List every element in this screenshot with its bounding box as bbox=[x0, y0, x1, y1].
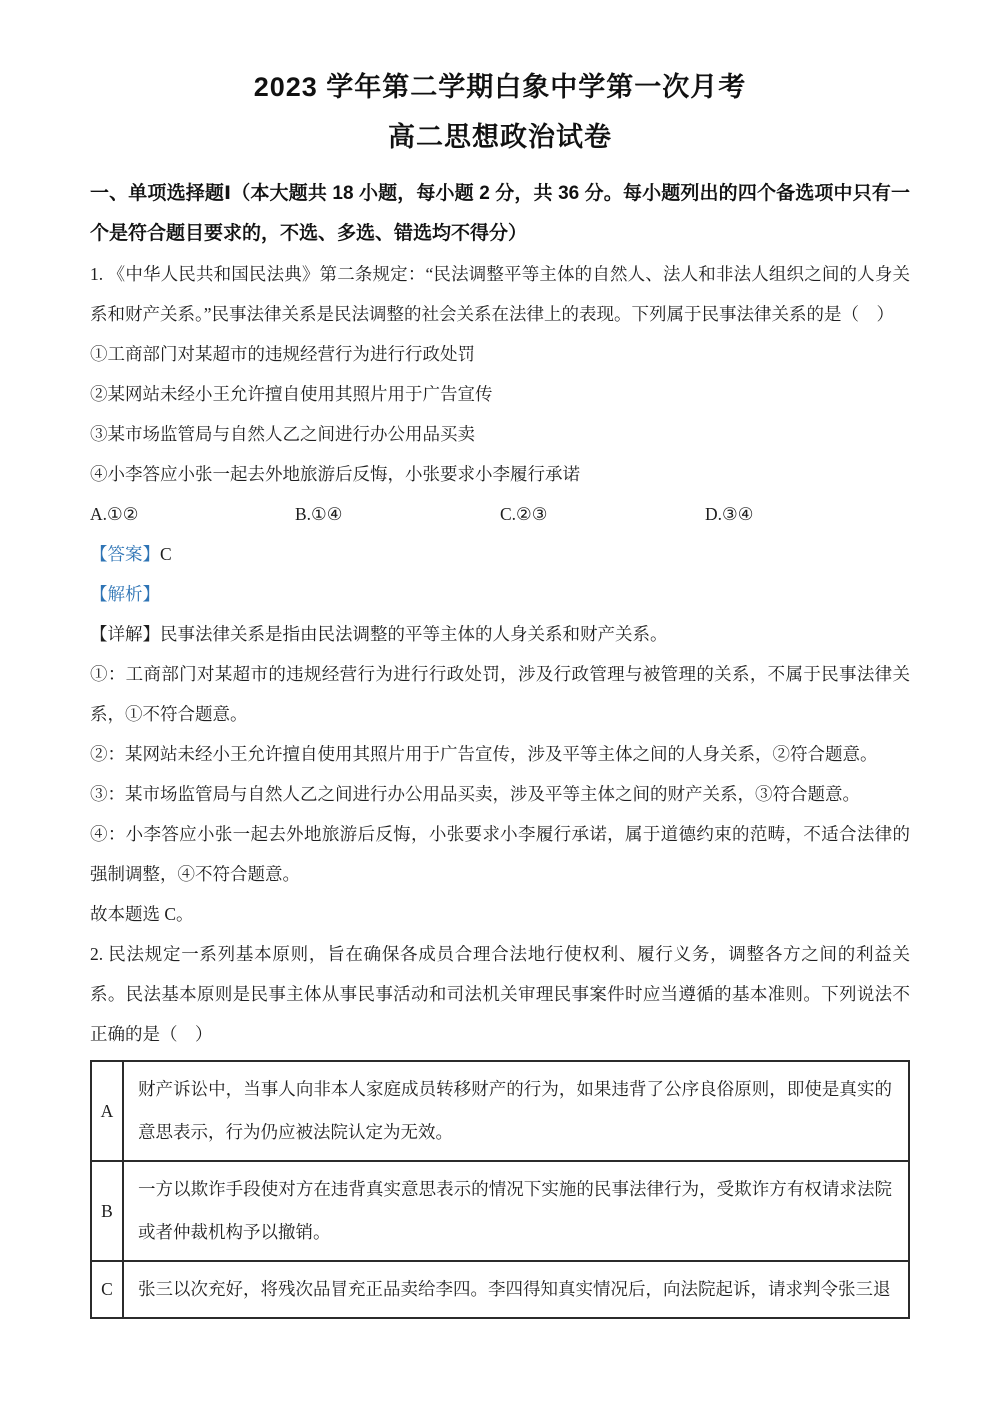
row-label-cell: A bbox=[91, 1061, 123, 1161]
exam-page: 2023 学年第二学期白象中学第一次月考 高二思想政治试卷 一、单项选择题Ⅰ（本… bbox=[0, 0, 1000, 1414]
row-label-cell: B bbox=[91, 1161, 123, 1261]
question-2-table: A 财产诉讼中，当事人向非本人家庭成员转移财产的行为，如果违背了公序良俗原则，即… bbox=[90, 1060, 910, 1319]
answer-label: 【答案】 bbox=[90, 544, 160, 564]
row-text-cell: 财产诉讼中，当事人向非本人家庭成员转移财产的行为，如果违背了公序良俗原则，即使是… bbox=[123, 1061, 909, 1161]
choice-d: D.③④ bbox=[705, 494, 910, 534]
detail-paragraph: 【详解】民事法律关系是指由民法调整的平等主体的人身关系和财产关系。 bbox=[90, 614, 910, 654]
row-label-cell: C bbox=[91, 1261, 123, 1318]
analysis-point-3: ③：某市场监管局与自然人乙之间进行办公用品买卖，涉及平等主体之间的财产关系，③符… bbox=[90, 774, 910, 814]
analysis-point-1: ①：工商部门对某超市的违规经营行为进行行政处罚，涉及行政管理与被管理的关系，不属… bbox=[90, 654, 910, 734]
table-row-b: B 一方以欺诈手段使对方在违背真实意思表示的情况下实施的民事法律行为，受欺诈方有… bbox=[91, 1161, 909, 1261]
answer-value: C bbox=[160, 544, 172, 564]
question-1-item-3: ③某市场监管局与自然人乙之间进行办公用品买卖 bbox=[90, 414, 910, 454]
analysis-line: 【解析】 bbox=[90, 574, 910, 614]
exam-subtitle: 高二思想政治试卷 bbox=[90, 112, 910, 162]
exam-title: 2023 学年第二学期白象中学第一次月考 bbox=[90, 62, 910, 112]
answer-line: 【答案】C bbox=[90, 534, 910, 574]
section-heading: 一、单项选择题Ⅰ（本大题共 18 小题，每小题 2 分，共 36 分。每小题列出… bbox=[90, 174, 910, 254]
choice-a: A.①② bbox=[90, 494, 295, 534]
question-1-item-1: ①工商部门对某超市的违规经营行为进行行政处罚 bbox=[90, 334, 910, 374]
table-row-c: C 张三以次充好，将残次品冒充正品卖给李四。李四得知真实情况后，向法院起诉，请求… bbox=[91, 1261, 909, 1318]
question-2-stem: 2. 民法规定一系列基本原则，旨在确保各成员合理合法地行使权利、履行义务，调整各… bbox=[90, 934, 910, 1054]
question-1-item-2: ②某网站未经小王允许擅自使用其照片用于广告宣传 bbox=[90, 374, 910, 414]
choice-c: C.②③ bbox=[500, 494, 705, 534]
conclusion-line: 故本题选 C。 bbox=[90, 894, 910, 934]
analysis-label: 【解析】 bbox=[90, 584, 160, 604]
question-1-stem: 1. 《中华人民共和国民法典》第二条规定：“民法调整平等主体的自然人、法人和非法… bbox=[90, 254, 910, 334]
question-1-item-4: ④小李答应小张一起去外地旅游后反悔，小张要求小李履行承诺 bbox=[90, 454, 910, 494]
row-text-cell: 张三以次充好，将残次品冒充正品卖给李四。李四得知真实情况后，向法院起诉，请求判令… bbox=[123, 1261, 909, 1318]
analysis-point-4: ④：小李答应小张一起去外地旅游后反悔，小张要求小李履行承诺，属于道德约束的范畴，… bbox=[90, 814, 910, 894]
question-1-choices: A.①② B.①④ C.②③ D.③④ bbox=[90, 494, 910, 534]
table-row-a: A 财产诉讼中，当事人向非本人家庭成员转移财产的行为，如果违背了公序良俗原则，即… bbox=[91, 1061, 909, 1161]
row-text-cell: 一方以欺诈手段使对方在违背真实意思表示的情况下实施的民事法律行为，受欺诈方有权请… bbox=[123, 1161, 909, 1261]
choice-b: B.①④ bbox=[295, 494, 500, 534]
analysis-point-2: ②：某网站未经小王允许擅自使用其照片用于广告宣传，涉及平等主体之间的人身关系，②… bbox=[90, 734, 910, 774]
